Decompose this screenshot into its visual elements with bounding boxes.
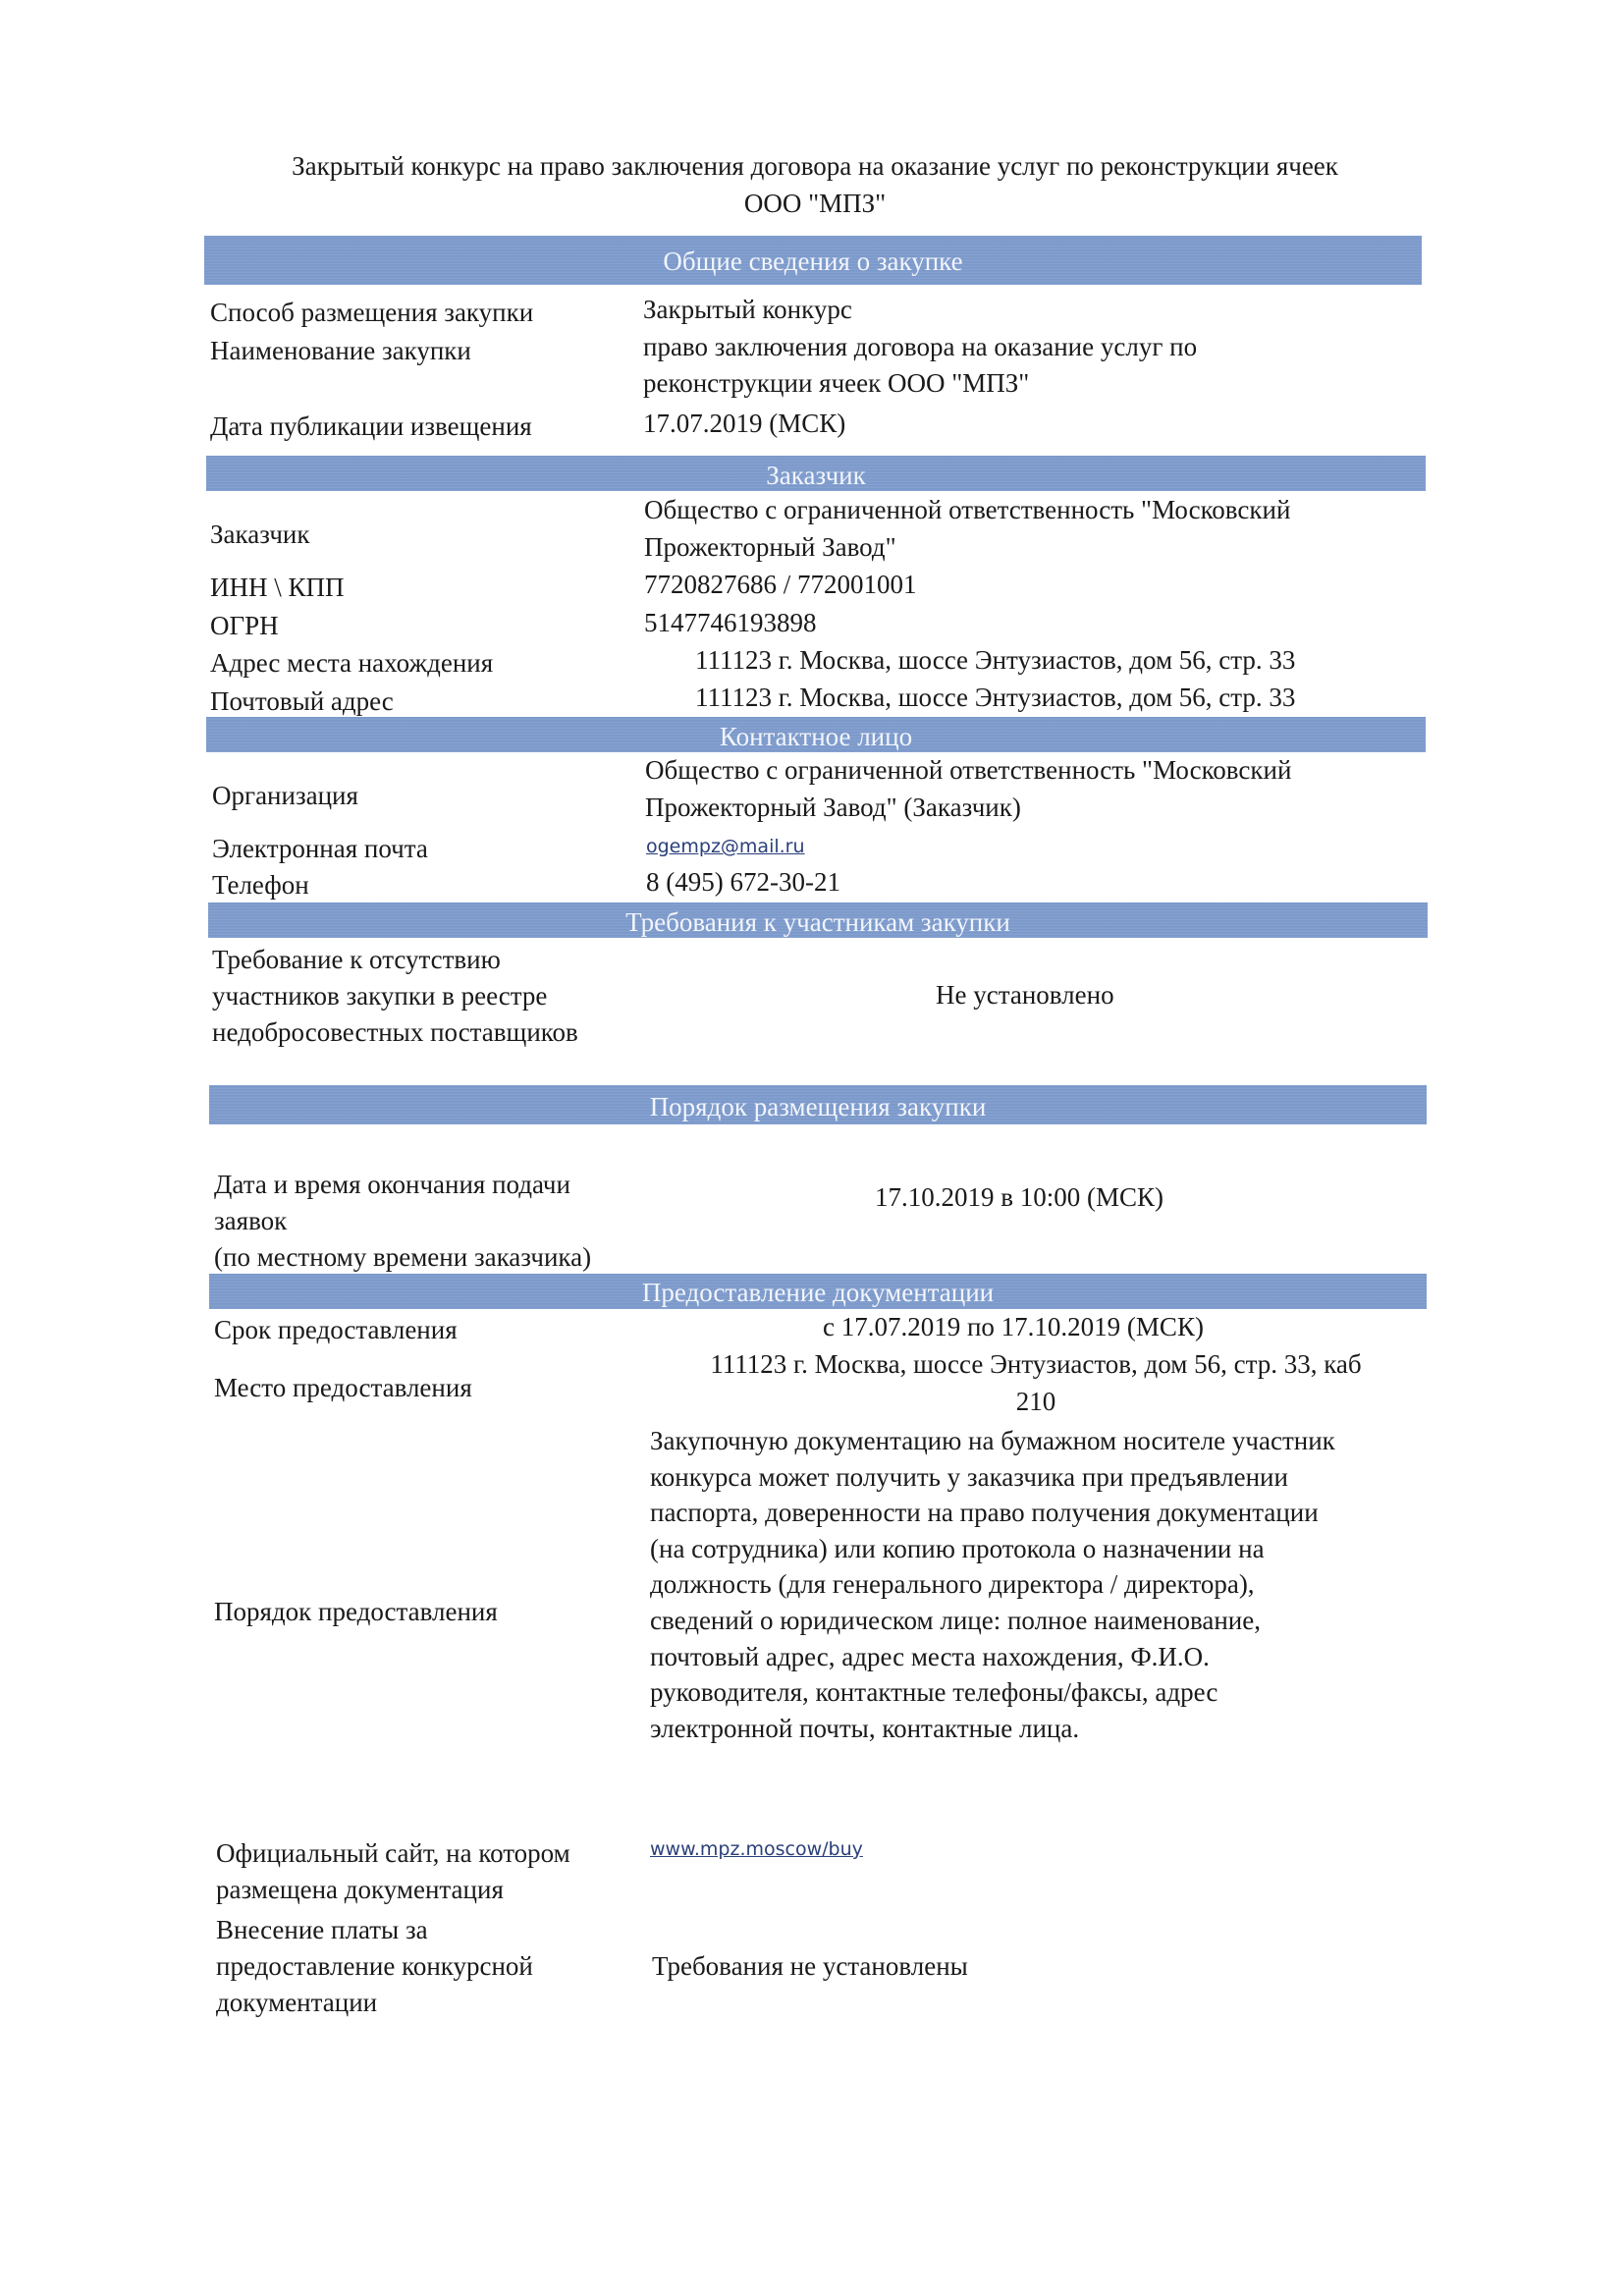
inn-kpp-value: 7720827686 / 772001001 xyxy=(644,566,917,603)
requirement-label-line1: Требование к отсутствию xyxy=(212,941,501,978)
deadline-value: 17.10.2019 в 10:00 (МСК) xyxy=(875,1178,1163,1216)
requirement-label-line3: недобросовестных поставщиков xyxy=(212,1013,578,1051)
term-value: с 17.07.2019 по 17.10.2019 (МСК) xyxy=(823,1308,1204,1345)
place-label: Место предоставления xyxy=(214,1369,472,1406)
order-value-line: (на сотрудника) или копию протокола о на… xyxy=(650,1530,1265,1567)
ogrn-value: 5147746193898 xyxy=(644,604,817,641)
phone-label: Телефон xyxy=(212,866,309,903)
requirement-value: Не установлено xyxy=(936,976,1114,1013)
site-label-line1: Официальный сайт, на котором xyxy=(216,1834,570,1872)
location-address-label: Адрес места нахождения xyxy=(210,644,493,682)
section-header-customer: Заказчик xyxy=(206,456,1426,491)
procurement-name-label: Наименование закупки xyxy=(210,332,471,369)
fee-value: Требования не установлены xyxy=(652,1947,968,1985)
procurement-name-value-line1: право заключения договора на оказание ус… xyxy=(643,328,1197,365)
official-site-link[interactable]: www.mpz.moscow/buy xyxy=(650,1835,863,1863)
publication-date-value: 17.07.2019 (МСК) xyxy=(643,405,845,442)
inn-kpp-label: ИНН \ КПП xyxy=(210,569,345,606)
ogrn-label: ОГРН xyxy=(210,607,279,644)
customer-label: Заказчик xyxy=(210,516,309,553)
section-header-general: Общие сведения о закупке xyxy=(204,236,1422,285)
document-title-line2: ООО "МПЗ" xyxy=(196,185,1434,222)
document-title: Закрытый конкурс на право заключения дог… xyxy=(196,147,1434,222)
order-value-line: сведений о юридическом лице: полное наим… xyxy=(650,1602,1261,1639)
organization-label: Организация xyxy=(212,777,358,814)
order-value-line: электронной почты, контактные лица. xyxy=(650,1710,1079,1747)
procurement-name-value-line2: реконструкции ячеек ООО "МПЗ" xyxy=(643,364,1029,402)
order-value-line: почтовый адрес, адрес места нахождения, … xyxy=(650,1638,1210,1675)
fee-label-line1: Внесение платы за xyxy=(216,1911,428,1948)
order-value-line: конкурса может получить у заказчика при … xyxy=(650,1458,1288,1496)
site-label-line2: размещена документация xyxy=(216,1871,504,1908)
term-label: Срок предоставления xyxy=(214,1311,458,1348)
customer-value-line1: Общество с ограниченной ответственность … xyxy=(644,491,1290,528)
deadline-label-line2: заявок xyxy=(214,1202,287,1239)
publication-date-label: Дата публикации извещения xyxy=(210,408,532,445)
document-title-line1: Закрытый конкурс на право заключения дог… xyxy=(196,147,1434,185)
customer-value-line2: Прожекторный Завод" xyxy=(644,528,896,566)
postal-address-label: Почтовый адрес xyxy=(210,683,394,720)
postal-address-value: 111123 г. Москва, шоссе Энтузиастов, дом… xyxy=(695,679,1295,716)
section-header-contact: Контактное лицо xyxy=(206,717,1426,752)
method-label: Способ размещения закупки xyxy=(210,294,533,331)
fee-label-line3: документации xyxy=(216,1984,377,2021)
method-value: Закрытый конкурс xyxy=(643,291,852,328)
order-value-line: Закупочную документацию на бумажном носи… xyxy=(650,1422,1335,1459)
section-header-procedure: Порядок размещения закупки xyxy=(209,1085,1427,1124)
deadline-label-line1: Дата и время окончания подачи xyxy=(214,1166,570,1203)
deadline-label-line3: (по местному времени заказчика) xyxy=(214,1238,591,1276)
requirement-label-line2: участников закупки в реестре xyxy=(212,977,547,1014)
order-value-line: руководителя, контактные телефоны/факсы,… xyxy=(650,1673,1217,1711)
section-header-documentation: Предоставление документации xyxy=(209,1274,1427,1309)
order-value-line: паспорта, доверенности на право получени… xyxy=(650,1494,1319,1531)
order-label: Порядок предоставления xyxy=(214,1593,498,1630)
order-value-line: должность (для генерального директора / … xyxy=(650,1565,1255,1603)
organization-value-line1: Общество с ограниченной ответственность … xyxy=(645,751,1291,789)
phone-value: 8 (495) 672-30-21 xyxy=(646,863,840,901)
organization-value-line2: Прожекторный Завод" (Заказчик) xyxy=(645,789,1021,826)
fee-label-line2: предоставление конкурсной xyxy=(216,1947,533,1985)
location-address-value: 111123 г. Москва, шоссе Энтузиастов, дом… xyxy=(695,641,1295,679)
email-link[interactable]: ogempz@mail.ru xyxy=(646,833,805,860)
section-header-requirements: Требования к участникам закупки xyxy=(208,902,1428,938)
email-label: Электронная почта xyxy=(212,830,428,867)
place-value-line1: 111123 г. Москва, шоссе Энтузиастов, дом… xyxy=(648,1345,1424,1383)
place-value-line2: 210 xyxy=(648,1383,1424,1420)
